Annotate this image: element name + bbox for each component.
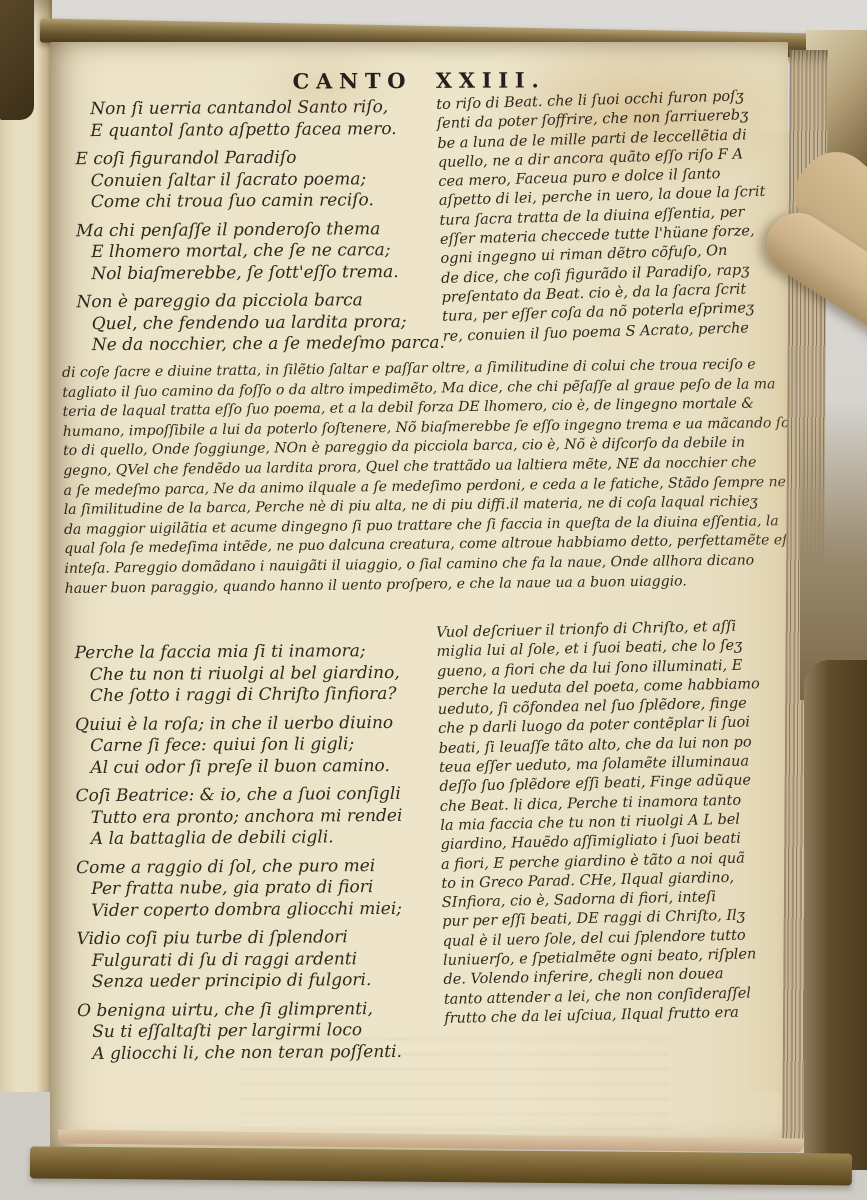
right-book-cover: [804, 660, 867, 1170]
cover-shadow: [800, 400, 867, 700]
verse-line: Ma chi penſaſſe il ponderoſo thema: [76, 218, 444, 242]
verse-line: Al cui odor ſi preſe il buon camino.: [75, 755, 402, 779]
verse-line: E coſi figurandol Paradiſo: [75, 147, 443, 171]
left-page-block: [0, 0, 52, 1092]
spine-corner: [0, 0, 34, 120]
commentary-top-right-block: to riſo di Beat. che li ſuoi occhi furon…: [436, 87, 779, 347]
verse-line: Come chi troua ſuo camin reciſo.: [76, 190, 444, 214]
verse-top-block: Non ſi uerria cantandol Santo riſo, E qu…: [75, 97, 445, 357]
verse-line: Quiui è la roſa; in che il uerbo diuino: [75, 712, 402, 736]
photo-background: { "colors": { "paper": "#ece3c8", "ink":…: [0, 0, 867, 1200]
commentary-bottom-right-block: Vuol deſcriuer il trionfo di Chriſto, et…: [436, 617, 784, 1029]
verse-line: Come a raggio di ſol, che puro mei: [76, 855, 403, 879]
commentary-full-width-block: di coſe ſacre e diuine tratta, in ſilẽti…: [62, 355, 787, 599]
verse-line: Che tu non ti riuolgi al bel giardino,: [75, 662, 402, 686]
verse-line: Vider coperto dombra gliocchi miei;: [76, 898, 403, 922]
verse-line: Vidio coſi piu turbe di ſplendori: [77, 927, 404, 951]
verse-line: Coſi Beatrice: & io, che a ſuoi conſigli: [76, 784, 403, 808]
verse-line: E quantol ſanto aſpetto facea mero.: [75, 118, 443, 142]
verse-line: Che ſotto i raggi di Chriſto ſinfiora?: [75, 684, 402, 708]
verse-line: Per fratta nube, gia prato di fiori: [76, 877, 403, 901]
verse-line: O benigna uirtu, che ſi glimprenti,: [77, 998, 404, 1022]
verse-line: Conuien ſaltar il ſacrato poema;: [76, 168, 444, 192]
verse-line: Non ſi uerria cantandol Santo riſo,: [75, 97, 443, 121]
ink-showthrough: [240, 1037, 670, 1132]
verse-line: A la battaglia de debili cigli.: [76, 827, 403, 851]
verse-line: Fulgurati di ſu di raggi ardenti: [77, 948, 404, 972]
verse-line: Ne da nocchier, che a ſe medeſmo parca.: [77, 333, 445, 357]
verse-line: E lhomero mortal, che ſe ne carca;: [76, 240, 444, 264]
verse-line: Tutto era pronto; anchora mi rendei: [76, 805, 403, 829]
verse-bottom-block: Perche la faccia mia ſi ti inamora; Che …: [75, 641, 405, 1065]
verse-line: Perche la faccia mia ſi ti inamora;: [75, 641, 402, 665]
verse-line: Quel, che fendendo ua lardita prora;: [77, 311, 445, 335]
verse-line: Nol biaſmerebbe, ſe ſott'eſſo trema.: [76, 261, 444, 285]
verse-line: Non è pareggio da picciola barca: [76, 290, 444, 314]
bottom-book-cover: [30, 1146, 852, 1185]
verse-line: Carne ſi fece: quiui ſon li gigli;: [75, 734, 402, 758]
book-page: CANTO XXIII. Non ſi uerria cantandol San…: [50, 42, 788, 1150]
verse-line: Senza ueder principio di fulgori.: [77, 970, 404, 994]
